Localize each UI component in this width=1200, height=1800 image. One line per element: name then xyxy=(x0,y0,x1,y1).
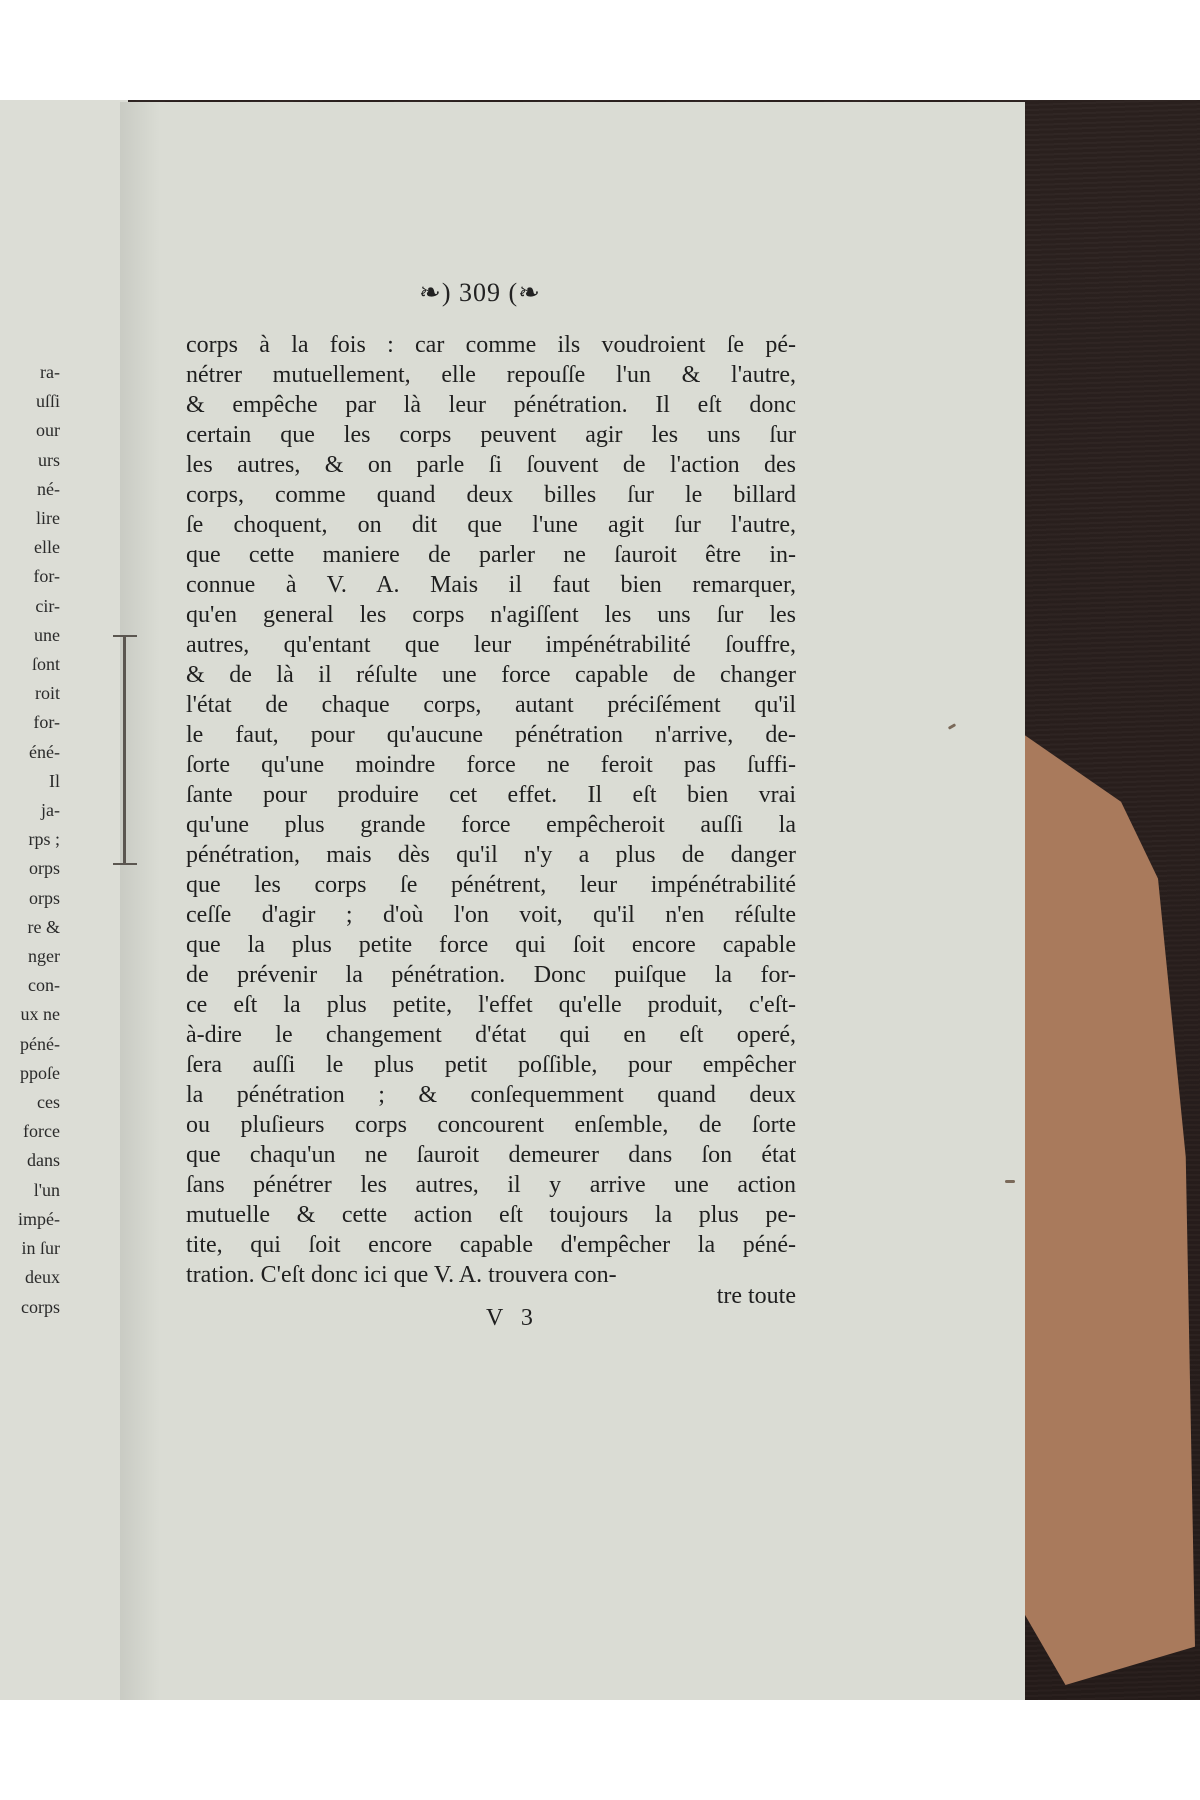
margin-pencil-mark xyxy=(123,635,126,865)
printer-signature: V 3 xyxy=(486,1305,539,1332)
text-line: les autres, & on parle ſi ſouvent de l'a… xyxy=(186,450,796,480)
facing-line-fragment: corps xyxy=(0,1293,60,1322)
text-line: que chaqu'un ne ſauroit demeurer dans ſo… xyxy=(186,1140,796,1170)
text-line: ce eſt la plus petite, l'effet qu'elle p… xyxy=(186,990,796,1020)
text-line: ſorte qu'une moindre force ne feroit pas… xyxy=(186,750,796,780)
facing-line-fragment: lire xyxy=(0,504,60,533)
text-line: ceſſe d'agir ; d'où l'on voit, qu'il n'e… xyxy=(186,900,796,930)
text-line: nétrer mutuellement, elle repouſſe l'un … xyxy=(186,360,796,390)
text-line: que la plus petite force qui ſoit encore… xyxy=(186,930,796,960)
text-line: tration. C'eſt donc ici que V. A. trouve… xyxy=(186,1260,796,1290)
facing-line-fragment: urs xyxy=(0,446,60,475)
text-line: corps à la fois : car comme ils voudroie… xyxy=(186,330,796,360)
text-line: qu'en general les corps n'agiſſent les u… xyxy=(186,600,796,630)
text-line: certain que les corps peuvent agir les u… xyxy=(186,420,796,450)
text-line: corps, comme quand deux billes ſur le bi… xyxy=(186,480,796,510)
text-line: tite, qui ſoit encore capable d'empêcher… xyxy=(186,1230,796,1260)
facing-line-fragment: force xyxy=(0,1117,60,1146)
facing-line-fragment: rps ; xyxy=(0,825,60,854)
facing-line-fragment: deux xyxy=(0,1263,60,1292)
text-line: ſante pour produire cet effet. Il eſt bi… xyxy=(186,780,796,810)
facing-line-fragment: ja- xyxy=(0,796,60,825)
facing-line-fragment: in ſur xyxy=(0,1234,60,1263)
facing-line-fragment: elle xyxy=(0,533,60,562)
facing-line-fragment: nger xyxy=(0,942,60,971)
text-line: & de là il réſulte une force capable de … xyxy=(186,660,796,690)
facing-line-fragment: con- xyxy=(0,971,60,1000)
text-line: le faut, pour qu'aucune pénétration n'ar… xyxy=(186,720,796,750)
facing-line-fragment: for- xyxy=(0,708,60,737)
facing-line-fragment: dans xyxy=(0,1146,60,1175)
facing-line-fragment: Il xyxy=(0,767,60,796)
paper-blemish xyxy=(1005,1180,1015,1183)
text-line: mutuelle & cette action eſt toujours la … xyxy=(186,1200,796,1230)
facing-line-fragment: ra- xyxy=(0,358,60,387)
catchword: tre toute xyxy=(717,1283,796,1310)
facing-line-fragment: re & xyxy=(0,913,60,942)
facing-line-fragment: péné- xyxy=(0,1030,60,1059)
facing-line-fragment: uſſi xyxy=(0,387,60,416)
facing-line-fragment: our xyxy=(0,416,60,445)
page-body-text: corps à la fois : car comme ils voudroie… xyxy=(186,330,796,1290)
gutter-shadow xyxy=(120,102,160,1700)
text-line: pénétration, mais dès qu'il n'y a plus d… xyxy=(186,840,796,870)
running-head: ❧) 309 (❧ xyxy=(380,278,580,308)
text-line: l'état de chaque corps, autant préciſéme… xyxy=(186,690,796,720)
text-line: de prévenir la pénétration. Donc puiſque… xyxy=(186,960,796,990)
facing-line-fragment: for- xyxy=(0,562,60,591)
facing-page-text: ra-uſſiourursné-lireellefor-cir-uneſontr… xyxy=(0,358,60,1322)
text-line: que cette maniere de parler ne ſauroit ê… xyxy=(186,540,796,570)
facing-page: ra-uſſiourursné-lireellefor-cir-uneſontr… xyxy=(0,100,128,1700)
facing-line-fragment: orps xyxy=(0,854,60,883)
text-line: ſe choquent, on dit que l'une agit ſur l… xyxy=(186,510,796,540)
text-line: connue à V. A. Mais il faut bien remarqu… xyxy=(186,570,796,600)
text-line: autres, qu'entant que leur impénétrabili… xyxy=(186,630,796,660)
facing-line-fragment: roit xyxy=(0,679,60,708)
facing-line-fragment: cir- xyxy=(0,592,60,621)
text-line: qu'une plus grande force empêcheroit auſ… xyxy=(186,810,796,840)
facing-line-fragment: orps xyxy=(0,884,60,913)
facing-line-fragment: ſont xyxy=(0,650,60,679)
facing-line-fragment: ces xyxy=(0,1088,60,1117)
text-line: à-dire le changement d'état qui en eſt o… xyxy=(186,1020,796,1050)
facing-line-fragment: une xyxy=(0,621,60,650)
page-footer: V 3 tre toute xyxy=(186,1305,796,1339)
facing-line-fragment: l'un xyxy=(0,1176,60,1205)
text-line: ou pluſieurs corps concourent enſemble, … xyxy=(186,1110,796,1140)
facing-line-fragment: né- xyxy=(0,475,60,504)
facing-line-fragment: impé- xyxy=(0,1205,60,1234)
text-line: la pénétration ; & conſequemment quand d… xyxy=(186,1080,796,1110)
facing-line-fragment: ppoſe xyxy=(0,1059,60,1088)
text-line: ſera auſſi le plus petit poſſible, pour … xyxy=(186,1050,796,1080)
text-line: que les corps ſe pénétrent, leur impénét… xyxy=(186,870,796,900)
facing-line-fragment: éné- xyxy=(0,738,60,767)
facing-line-fragment: ux ne xyxy=(0,1000,60,1029)
text-line: & empêche par là leur pénétration. Il eſ… xyxy=(186,390,796,420)
text-line: ſans pénétrer les autres, il y arrive un… xyxy=(186,1170,796,1200)
